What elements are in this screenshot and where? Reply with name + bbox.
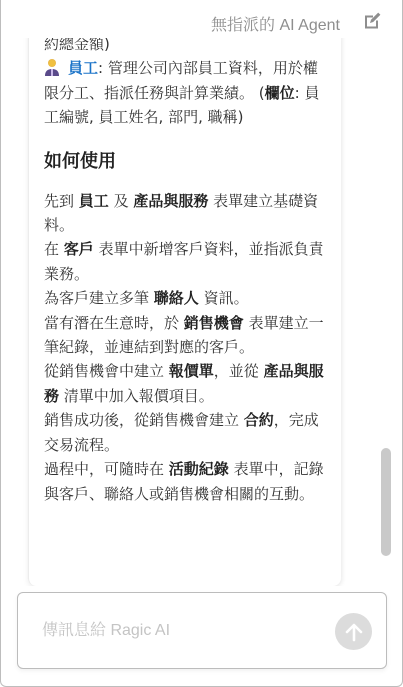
- arrow-up-icon: [344, 622, 364, 642]
- employee-form-description: 員工: 管理公司內部員工資料，用於權限分工、指派任務與計算業績。 (欄位: 員工…: [44, 56, 327, 129]
- agent-selector-label[interactable]: 無指派的 AI Agent: [211, 12, 340, 35]
- usage-step: 先到 員工 及 產品與服務 表單建立基礎資料。: [44, 189, 327, 238]
- person-emoji-icon: [44, 58, 60, 76]
- usage-step: 銷售成功後，從銷售機會建立 合約，完成交易流程。: [44, 408, 327, 457]
- usage-step: 為客戶建立多筆 聯絡人 資訊。: [44, 286, 327, 310]
- chat-messages-area: 約總金額) 員工: 管理公司內部員工資料，用於權限分工、指派任務與計算業績。 (…: [1, 38, 402, 586]
- usage-step: 當有潛在生意時，於 銷售機會 表單建立一筆紀錄，並連結到對應的客戶。: [44, 311, 327, 360]
- chat-scrollbar-thumb[interactable]: [381, 448, 391, 556]
- usage-steps: 先到 員工 及 產品與服務 表單建立基礎資料。在 客戶 表單中新增客戶資料，並指…: [44, 189, 327, 506]
- message-composer: [17, 592, 387, 669]
- section-title: 如何使用: [44, 149, 327, 175]
- usage-step: 從銷售機會中建立 報價單，並從 產品與服務 清單中加入報價項目。: [44, 359, 327, 408]
- edit-icon[interactable]: [362, 11, 382, 31]
- ai-message-bubble: 約總金額) 員工: 管理公司內部員工資料，用於權限分工、指派任務與計算業績。 (…: [28, 38, 341, 586]
- ai-chat-panel: 無指派的 AI Agent 約總金額) 員工: 管理: [0, 0, 403, 687]
- usage-step: 在 客戶 表單中新增客戶資料，並指派負責業務。: [44, 237, 327, 286]
- send-button[interactable]: [335, 613, 372, 650]
- message-input[interactable]: [42, 619, 312, 643]
- usage-step: 過程中，可隨時在 活動紀錄 表單中，記錄與客戶、聯絡人或銷售機會相關的互動。: [44, 457, 327, 506]
- message-line: 約總金額): [44, 38, 327, 56]
- employee-form-link[interactable]: 員工: [68, 59, 98, 77]
